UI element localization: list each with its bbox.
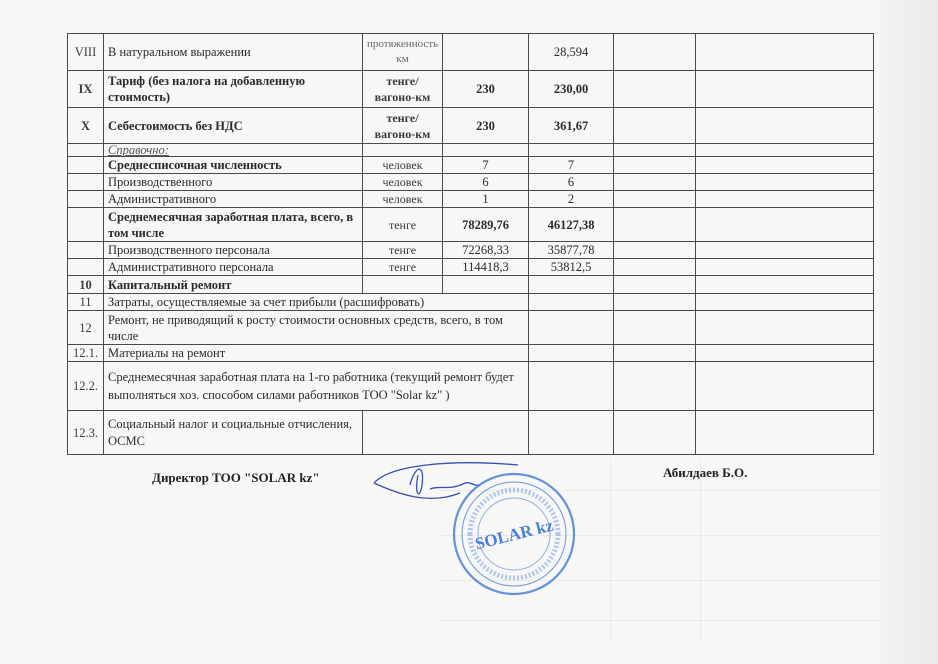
row-number: IX [68, 71, 104, 108]
row-note [696, 362, 874, 411]
row-fact: 6 [529, 174, 614, 191]
row-number [68, 157, 104, 174]
row-unit [363, 144, 443, 157]
row-note [696, 276, 874, 294]
table-row: 12.1. Материалы на ремонт [68, 345, 874, 362]
table-row: Административного персонала тенге 114418… [68, 259, 874, 276]
row-note [696, 411, 874, 455]
table-row: 12.3. Социальный налог и социальные отчи… [68, 411, 874, 455]
row-fact: 28,594 [529, 34, 614, 71]
scan-page-edge [880, 0, 938, 664]
row-fact [529, 411, 614, 455]
row-number [68, 144, 104, 157]
row-fact [529, 294, 614, 311]
row-name: Среднемесячная заработная плата на 1-го … [104, 362, 529, 411]
row-name: Справочно: [104, 144, 363, 157]
row-name: Социальный налог и социальные отчисления… [104, 411, 363, 455]
row-plan [443, 34, 529, 71]
signatory-name: Абилдаев Б.О. [663, 465, 747, 481]
row-unit: человек [363, 191, 443, 208]
row-deviation [614, 71, 696, 108]
row-deviation [614, 294, 696, 311]
row-fact: 46127,38 [529, 208, 614, 242]
row-fact [529, 345, 614, 362]
row-note [696, 259, 874, 276]
row-unit: тенге [363, 259, 443, 276]
row-deviation [614, 259, 696, 276]
table-row: Производственного персонала тенге 72268,… [68, 242, 874, 259]
row-fact: 35877,78 [529, 242, 614, 259]
row-name: Административного персонала [104, 259, 363, 276]
row-deviation [614, 157, 696, 174]
row-note [696, 294, 874, 311]
row-note [696, 34, 874, 71]
row-plan: 7 [443, 157, 529, 174]
row-name: Производственного персонала [104, 242, 363, 259]
table-row: Среднемесячная заработная плата, всего, … [68, 208, 874, 242]
row-fact: 2 [529, 191, 614, 208]
row-number: 12.1. [68, 345, 104, 362]
table-row: X Себестоимость без НДС тенге/вагоно-км … [68, 108, 874, 144]
row-deviation [614, 144, 696, 157]
row-number [68, 191, 104, 208]
signatory-title: Директор ТОО "SOLAR kz" [152, 470, 320, 486]
row-note [696, 311, 874, 345]
row-number: 12.2. [68, 362, 104, 411]
row-plan: 114418,3 [443, 259, 529, 276]
table-row: 12.2. Среднемесячная заработная плата на… [68, 362, 874, 411]
row-deviation [614, 174, 696, 191]
row-deviation [614, 108, 696, 144]
row-deviation [614, 34, 696, 71]
company-stamp-icon: SOLAR kz [450, 470, 578, 598]
row-name: Материалы на ремонт [104, 345, 529, 362]
row-unit [363, 276, 443, 294]
table-row: Среднесписочная численность человек 7 7 [68, 157, 874, 174]
row-number: 12 [68, 311, 104, 345]
row-plan: 230 [443, 108, 529, 144]
row-number: VIII [68, 34, 104, 71]
row-name: Капитальный ремонт [104, 276, 363, 294]
row-fact [529, 311, 614, 345]
row-number [68, 242, 104, 259]
row-name: Производственного [104, 174, 363, 191]
row-note [696, 345, 874, 362]
row-name: Ремонт, не приводящий к росту стоимости … [104, 311, 529, 345]
row-plan: 72268,33 [443, 242, 529, 259]
row-plan: 230 [443, 71, 529, 108]
row-name: Затраты, осуществляемые за счет прибыли … [104, 294, 529, 311]
row-fact [529, 362, 614, 411]
row-note [696, 157, 874, 174]
table-row: IX Тариф (без налога на добавленную стои… [68, 71, 874, 108]
report-table: VIII В натуральном выражении протяженнос… [67, 33, 874, 455]
row-unit: человек [363, 174, 443, 191]
row-deviation [614, 242, 696, 259]
row-fact: 230,00 [529, 71, 614, 108]
row-unit: человек [363, 157, 443, 174]
row-deviation [614, 345, 696, 362]
row-name: Среднемесячная заработная плата, всего, … [104, 208, 363, 242]
row-plan: 6 [443, 174, 529, 191]
stamp-text: SOLAR kz [473, 516, 555, 554]
row-note [696, 71, 874, 108]
row-plan [443, 144, 529, 157]
row-deviation [614, 362, 696, 411]
row-note [696, 108, 874, 144]
row-number: X [68, 108, 104, 144]
row-fact [529, 144, 614, 157]
row-unit: тенге/вагоно-км [363, 108, 443, 144]
row-number: 12.3. [68, 411, 104, 455]
row-deviation [614, 276, 696, 294]
table-row: Справочно: [68, 144, 874, 157]
row-deviation [614, 208, 696, 242]
row-note [696, 144, 874, 157]
row-number [68, 259, 104, 276]
row-unit-plan [363, 411, 529, 455]
row-number [68, 174, 104, 191]
row-unit: протяженность км [363, 34, 443, 71]
row-number: 11 [68, 294, 104, 311]
row-note [696, 208, 874, 242]
row-name: Себестоимость без НДС [104, 108, 363, 144]
table-row: VIII В натуральном выражении протяженнос… [68, 34, 874, 71]
row-deviation [614, 311, 696, 345]
row-deviation [614, 191, 696, 208]
row-fact: 361,67 [529, 108, 614, 144]
row-name: Среднесписочная численность [104, 157, 363, 174]
table-row: 10 Капитальный ремонт [68, 276, 874, 294]
row-note [696, 191, 874, 208]
row-fact: 53812,5 [529, 259, 614, 276]
row-unit: тенге [363, 208, 443, 242]
row-name: Тариф (без налога на добавленную стоимос… [104, 71, 363, 108]
row-name: В натуральном выражении [104, 34, 363, 71]
row-number: 10 [68, 276, 104, 294]
table-row: Производственного человек 6 6 [68, 174, 874, 191]
table-row: 11 Затраты, осуществляемые за счет прибы… [68, 294, 874, 311]
row-fact: 7 [529, 157, 614, 174]
row-plan: 78289,76 [443, 208, 529, 242]
table-row: Административного человек 1 2 [68, 191, 874, 208]
row-fact [529, 276, 614, 294]
row-number [68, 208, 104, 242]
row-unit: тенге/вагоно-км [363, 71, 443, 108]
table-row: 12 Ремонт, не приводящий к росту стоимос… [68, 311, 874, 345]
row-plan [443, 276, 529, 294]
row-unit: тенге [363, 242, 443, 259]
row-deviation [614, 411, 696, 455]
row-note [696, 174, 874, 191]
row-name: Административного [104, 191, 363, 208]
row-note [696, 242, 874, 259]
row-plan: 1 [443, 191, 529, 208]
